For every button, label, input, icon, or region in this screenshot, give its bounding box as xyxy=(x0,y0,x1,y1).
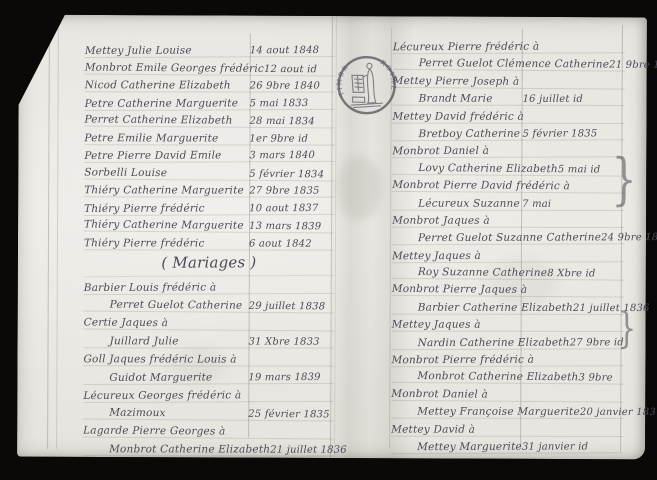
entry-name: Barbier Louis frédéric à xyxy=(84,281,249,294)
entry-name: Petre Pierre David Emile xyxy=(84,149,249,162)
register-row: Nicod Catherine Elizabeth26 9bre 1840 xyxy=(85,74,335,92)
entry-name: Lovy Catherine Elizabeth xyxy=(392,162,558,175)
register-row: Mettey Françoise Marguerite20 janvier 18… xyxy=(391,402,623,420)
entry-name: Monbrot Pierre David frédéric à xyxy=(392,179,570,192)
timbre-royal-stamp-icon: TIMBRE ROYAL xyxy=(333,51,401,119)
register-row: Bretboy Catherine5 février 1835 xyxy=(392,123,624,141)
svg-text:TIMBRE: TIMBRE xyxy=(333,51,353,98)
register-row: Monbrot Daniel à xyxy=(391,384,623,403)
register-row: Nardin Catherine Elizabeth27 9bre id xyxy=(392,332,624,350)
register-row: Perret Catherine Elizabeth28 mai 1834 xyxy=(84,108,334,127)
stamp-text-right: ROYAL xyxy=(378,57,398,93)
register-row: Monbrot Pierre frédéric à xyxy=(391,349,623,367)
entry-date: 28 mai 1834 xyxy=(249,115,334,127)
entry-date: 29 juillet 1838 xyxy=(249,301,334,313)
register-row: Monbrot Catherine Elizabeth3 9bre xyxy=(391,366,623,385)
entry-date: 20 janvier 1837 xyxy=(580,407,657,418)
entry-name: Monbrot Daniel à xyxy=(392,145,522,158)
mariages-section-header: ( Mariages ) xyxy=(84,249,334,278)
entry-name: Perret Guelot Suzanne Catherine xyxy=(392,232,601,245)
entry-name: Monbrot Pierre frédéric à xyxy=(391,354,534,367)
entry-name: Barbier Catherine Elizabeth xyxy=(392,302,573,314)
register-row: Lécureux Suzanne7 mai xyxy=(392,193,624,211)
register-row: Mettey David frédéric à xyxy=(393,106,625,124)
entry-date: 21 juillet 1836 xyxy=(270,445,355,456)
entry-date: 31 Xbre 1833 xyxy=(249,337,334,348)
left-margin-rule xyxy=(47,21,50,449)
register-row: Thiéry Catherine Marguerite13 mars 1839 xyxy=(84,213,334,232)
register-row: Monbrot Emile Georges frédéric12 aout id xyxy=(85,56,335,75)
register-row: Mettey Marguerite31 janvier id xyxy=(391,436,623,454)
register-row: Mettey Jaques à xyxy=(392,315,624,333)
register-row: Petre Catherine Marguerite5 mai 1833 xyxy=(85,91,335,110)
entry-name: Lécureux Georges frédéric à xyxy=(83,389,248,402)
entry-date: 1er 9bre id xyxy=(249,133,334,144)
register-row: Monbrot Daniel à xyxy=(392,141,624,159)
stamp-figure xyxy=(348,63,383,108)
entry-name: Bretboy Catherine xyxy=(392,128,522,141)
left-margin-rule-2 xyxy=(56,21,59,449)
entry-name: Monbrot Catherine Elizabeth xyxy=(391,371,578,384)
grouping-brace-icon: } xyxy=(611,147,636,212)
register-row: Mettey David à xyxy=(391,419,623,437)
register-row: Certie Jaques à xyxy=(84,311,334,331)
entry-name: Thiéry Catherine Marguerite xyxy=(84,184,249,196)
entry-name: Nardin Catherine Elizabeth xyxy=(392,337,570,350)
entry-date: 25 février 1835 xyxy=(248,409,333,421)
entry-name: Goll Jaques frédéric Louis à xyxy=(83,353,248,365)
entry-name: Mettey Marguerite xyxy=(391,441,522,454)
register-scan: Mettey Julie Louise14 aout 1848Monbrot E… xyxy=(0,0,657,480)
entry-date: 13 mars 1839 xyxy=(249,220,334,232)
entry-date: 14 aout 1848 xyxy=(250,44,335,55)
entry-name: Juillard Julie xyxy=(84,335,249,347)
entry-name: Certie Jaques à xyxy=(84,316,249,329)
entry-name: Monbrot Daniel à xyxy=(391,388,521,401)
entry-name: Mettey Jaques à xyxy=(392,250,522,263)
register-row: Lécureux Georges frédéric à xyxy=(83,384,333,403)
entry-name: Mettey Françoise Marguerite xyxy=(391,406,580,418)
entry-date: 21 juillet 1836 xyxy=(573,303,657,314)
entry-name: Lécureux Pierre frédéric à xyxy=(393,41,539,54)
entry-name: Lécureux Suzanne xyxy=(392,197,522,209)
entry-name: Mazimoux xyxy=(83,406,248,419)
entry-date: 31 janvier id xyxy=(522,442,624,453)
entry-name: Thiéry Pierre frédéric xyxy=(84,236,249,248)
entry-date: 10 aout 1837 xyxy=(249,202,334,213)
entry-date: 5 mai id xyxy=(558,164,657,176)
register-row: Petre Emilie Marguerite1er 9bre id xyxy=(84,127,334,145)
entry-name: Sorbelli Louise xyxy=(84,165,249,178)
left-page-column: Mettey Julie Louise14 aout 1848Monbrot E… xyxy=(83,39,335,457)
torn-corner-overlay xyxy=(15,11,67,113)
entry-name: Lagarde Pierre Georges à xyxy=(83,424,248,437)
entry-date: 3 9bre xyxy=(578,373,657,385)
svg-text:ROYAL: ROYAL xyxy=(378,57,398,93)
register-row: Thiéry Pierre frédéric6 aout 1842 xyxy=(84,232,334,250)
entry-name: Petre Catherine Marguerite xyxy=(85,96,250,109)
register-row: Lécureux Pierre frédéric à xyxy=(393,36,625,54)
entry-date: 27 9bre id xyxy=(570,337,657,348)
left-records-list: Mettey Julie Louise14 aout 1848Monbrot E… xyxy=(84,39,335,250)
register-row: Sorbelli Louise5 février 1834 xyxy=(84,161,334,180)
entry-name: Monbrot Pierre Jaques à xyxy=(392,284,528,297)
entry-date: 24 9bre 1835 xyxy=(601,233,657,244)
entry-date: 5 février 1834 xyxy=(249,168,334,180)
register-row: Perret Guelot Clémence Catherine21 9bre … xyxy=(393,53,625,72)
entry-name: Mettey David à xyxy=(391,424,521,436)
stamp-text-left: TIMBRE xyxy=(333,51,353,98)
register-row: Guidot Marguerite19 mars 1839 xyxy=(83,366,333,385)
register-row: Monbrot Jaques à xyxy=(392,210,624,228)
left-marriages-list: Barbier Louis frédéric àPerret Guelot Ca… xyxy=(83,276,334,457)
entry-name: Brandt Marie xyxy=(393,93,523,105)
entry-name: Mettey Jaques à xyxy=(392,319,522,331)
entry-date: 8 Xbre id xyxy=(547,269,649,281)
bleed-through-stain xyxy=(336,156,382,220)
register-row: Mettey Pierre Joseph à xyxy=(393,71,625,90)
entry-name: Thiéry Catherine Marguerite xyxy=(84,218,249,231)
entry-name: Monbrot Emile Georges frédéric xyxy=(85,60,264,73)
register-row: Perret Guelot Suzanne Catherine24 9bre 1… xyxy=(392,228,624,246)
register-row: Mettey Jaques à xyxy=(392,245,624,263)
entry-date: 21 9bre 1839 xyxy=(609,60,657,72)
register-row: Monbrot Catherine Elizabeth21 juillet 18… xyxy=(83,438,333,456)
register-row: Thiéry Catherine Marguerite27 9bre 1835 xyxy=(84,179,334,197)
entry-name: Perret Guelot Clémence Catherine xyxy=(393,58,610,72)
register-row: Perret Guelot Catherine29 juillet 1838 xyxy=(84,293,334,313)
register-row: Monbrot Pierre David frédéric à xyxy=(392,175,624,194)
entry-date: 6 aout 1842 xyxy=(249,238,334,249)
register-row: Barbier Louis frédéric à xyxy=(84,276,334,295)
entry-name: Guidot Marguerite xyxy=(83,371,248,384)
register-row: Lagarde Pierre Georges à xyxy=(83,419,333,439)
entry-name: Mettey Julie Louise xyxy=(85,44,250,57)
book-spread: Mettey Julie Louise14 aout 1848Monbrot E… xyxy=(17,15,647,460)
entry-name: Perret Catherine Elizabeth xyxy=(84,113,249,126)
register-row: Goll Jaques frédéric Louis à xyxy=(83,348,333,366)
entry-date: 3 mars 1840 xyxy=(249,149,334,160)
entry-name: Roy Suzanne Catherine xyxy=(392,266,547,279)
register-row: Petre Pierre David Emile3 mars 1840 xyxy=(84,144,334,163)
entry-name: Petre Emilie Marguerite xyxy=(84,131,249,143)
register-row: Brandt Marie16 juillet id xyxy=(393,89,625,107)
right-page-column: Lécureux Pierre frédéric àPerret Guelot … xyxy=(391,36,625,454)
grouping-brace-icon: } xyxy=(618,303,637,352)
entry-date: 26 9bre 1840 xyxy=(250,80,335,91)
entry-name: Nicod Catherine Elizabeth xyxy=(85,79,250,91)
entry-date: 27 9bre 1835 xyxy=(249,185,334,196)
entry-name: Thiéry Pierre frédéric xyxy=(84,201,249,214)
register-row: Mazimoux25 février 1835 xyxy=(83,401,333,421)
entry-date: 5 février 1835 xyxy=(522,129,624,140)
entry-name: Mettey David frédéric à xyxy=(393,111,524,123)
register-row: Thiéry Pierre frédéric10 aout 1837 xyxy=(84,196,334,215)
register-row: Mettey Julie Louise14 aout 1848 xyxy=(85,39,335,58)
entry-date: 16 juillet id xyxy=(523,94,625,105)
entry-name: Mettey Pierre Joseph à xyxy=(393,75,523,88)
register-row: Barbier Catherine Elizabeth21 juillet 18… xyxy=(392,297,624,315)
register-row: Lovy Catherine Elizabeth5 mai id xyxy=(392,158,624,177)
entry-date: 5 mai 1833 xyxy=(250,97,335,108)
entry-date: 7 mai xyxy=(522,199,624,210)
register-row: Juillard Julie31 Xbre 1833 xyxy=(84,330,334,348)
register-row: Monbrot Pierre Jaques à xyxy=(392,279,624,298)
entry-date: 19 mars 1839 xyxy=(248,372,333,383)
right-marriages-list: Lécureux Pierre frédéric àPerret Guelot … xyxy=(391,36,625,454)
entry-name: Perret Guelot Catherine xyxy=(84,298,249,311)
entry-name: Monbrot Catherine Elizabeth xyxy=(83,443,270,455)
entry-name: Monbrot Jaques à xyxy=(392,215,522,227)
